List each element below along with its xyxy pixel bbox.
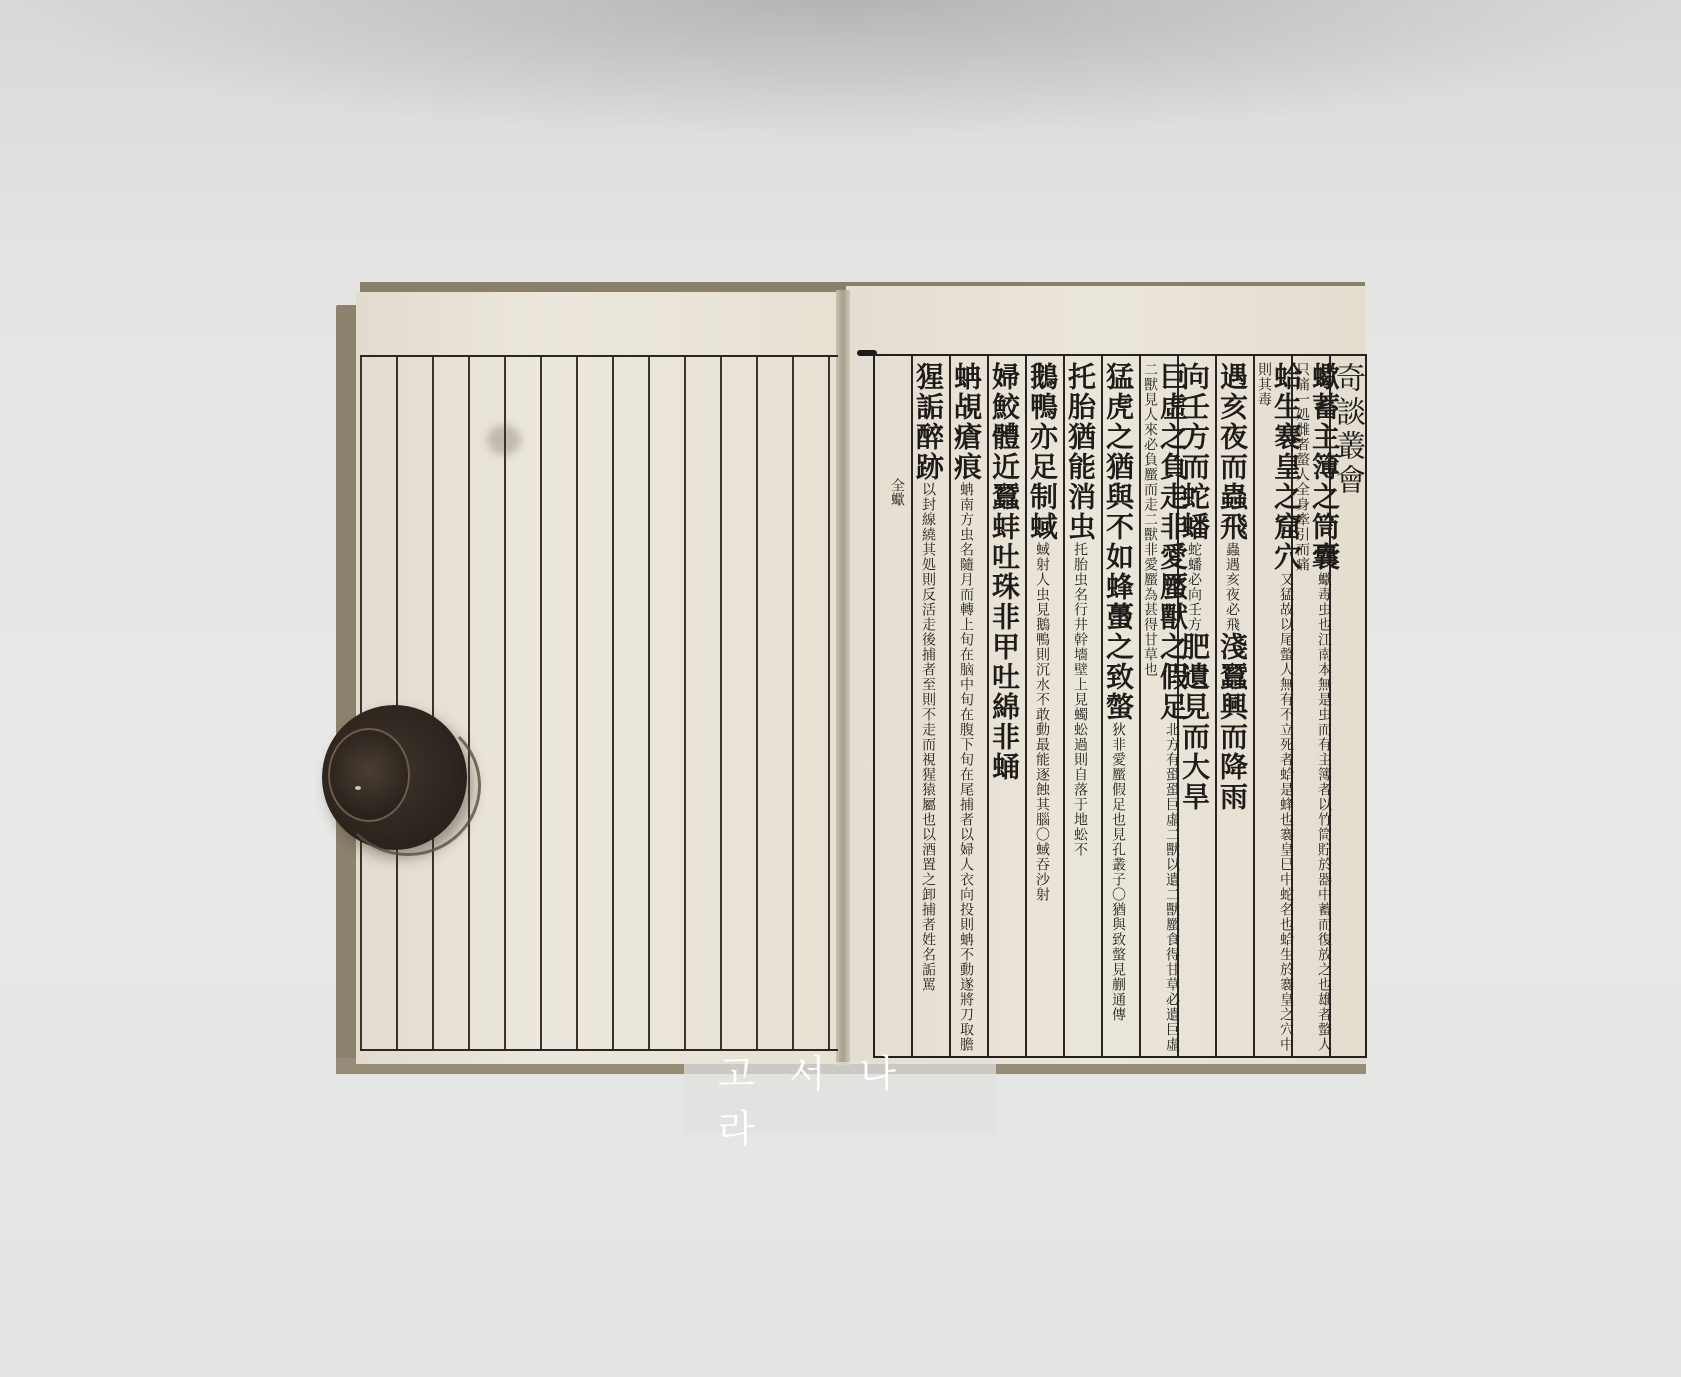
text-column-7: 托胎猶能消虫托胎虫名行井幹墻壁上見蠋蚣過則自落于地蚣不 — [1066, 362, 1094, 857]
text-column-2: 蛤生褰皇之窟穴又猛故以尾螫人無有不立死者蛤是蜂也褰皇巳中蛇名也蛤生於褰皇之穴中則… — [1256, 362, 1300, 1056]
column-main-text: 猛虎之猶與不如蜂蠆之致螫 — [1102, 362, 1135, 722]
book-gutter — [836, 290, 850, 1065]
text-column-3: 遇亥夜而蟲飛蟲遇亥夜必飛淺蠶興而降雨 — [1218, 362, 1246, 812]
text-column-5: 巨虛之負走非愛蟨獸之假足北方有蛩蛩巨虛二獸以遺二獸蟨食得甘草必遺巨虛二獸見人來必… — [1142, 362, 1186, 1056]
column-main-text: 猩詬醉跡 — [912, 362, 945, 482]
column-main-text: 巨虛之負走非愛蟨獸之假足 — [1156, 362, 1189, 722]
text-column-6: 猛虎之猶與不如蜂蠆之致螫狄非愛蟨假足也見孔叢子〇猶與致螫見蒯通傳 — [1104, 362, 1132, 1022]
text-column-9: 婦鮫體近蠶蚌吐珠非甲吐綿非蛹虎子文雖不成尚有食牛之氣 — [990, 362, 1018, 782]
text-column-11: 猩詬醉跡以封線繞其処則反活走後捕者至則不走而視猩猿屬也以酒置之卸捕者姓名詬罵 — [914, 362, 942, 992]
right-page-text-grid: 奇談叢會 蠍蓄主簿之筒囊蠍毒虫也江南本無是虫而有主簿者以竹筒貯於器中蓄而復放之也… — [873, 354, 1367, 1058]
text-column-8: 鵝鴨亦足制蜮蜮射人虫見鵝鴨則沉水不敢動最能逐蝕其腦〇蜮吞沙射 — [1028, 362, 1056, 902]
column-main-text: 蛤生褰皇之窟穴 — [1270, 362, 1303, 572]
watermark: 고서나라 — [684, 1062, 996, 1134]
watermark-text: 고서나라 — [718, 1043, 996, 1153]
column-annotation: 狄非愛蟨假足也見孔叢子〇猶與致螫見蒯通傳 — [1110, 722, 1126, 1022]
paperweight-knob — [328, 728, 410, 822]
background-shadow — [0, 0, 1681, 140]
column-annotation: 蚺南方虫名隨月而轉上旬在脑中旬在腹下旬在尾捕者以婦人衣向投則蚺不動遂將刀取膽 — [958, 482, 974, 1052]
column-main-text: 托胎猶能消虫 — [1064, 362, 1097, 542]
column-main-text: 遇亥夜而蟲飛 — [1216, 362, 1249, 542]
column-main-text: 蚺覘瘡痕 — [950, 362, 983, 482]
left-page-ruled-grid — [360, 355, 838, 1051]
column-main-text: 蠍蓄主簿之筒囊 — [1308, 362, 1341, 572]
column-annotation: 托胎虫名行井幹墻壁上見蠋蚣過則自落于地蚣不 — [1072, 542, 1088, 857]
column-main-text: 婦鮫體近蠶蚌吐珠非甲吐綿非蛹 — [988, 362, 1021, 782]
book-cover-left-edge — [336, 305, 358, 1070]
paperweight-highlight — [355, 786, 361, 790]
column-annotation: 蟲遇亥夜必飛 — [1224, 542, 1240, 632]
text-column-10: 蚺覘瘡痕蚺南方虫名隨月而轉上旬在脑中旬在腹下旬在尾捕者以婦人衣向投則蚺不動遂將刀… — [952, 362, 980, 1052]
margin-note: 全蠍 — [887, 478, 907, 506]
column-main-text: 鵝鴨亦足制蜮 — [1026, 362, 1059, 542]
column-main-text: 淺蠶興而降雨 — [1216, 632, 1249, 812]
column-annotation: 蜮射人虫見鵝鴨則沉水不敢動最能逐蝕其腦〇蜮吞沙射 — [1034, 542, 1050, 902]
column-annotation: 以封線繞其処則反活走後捕者至則不走而視猩猿屬也以酒置之卸捕者姓名詬罵 — [920, 482, 936, 992]
